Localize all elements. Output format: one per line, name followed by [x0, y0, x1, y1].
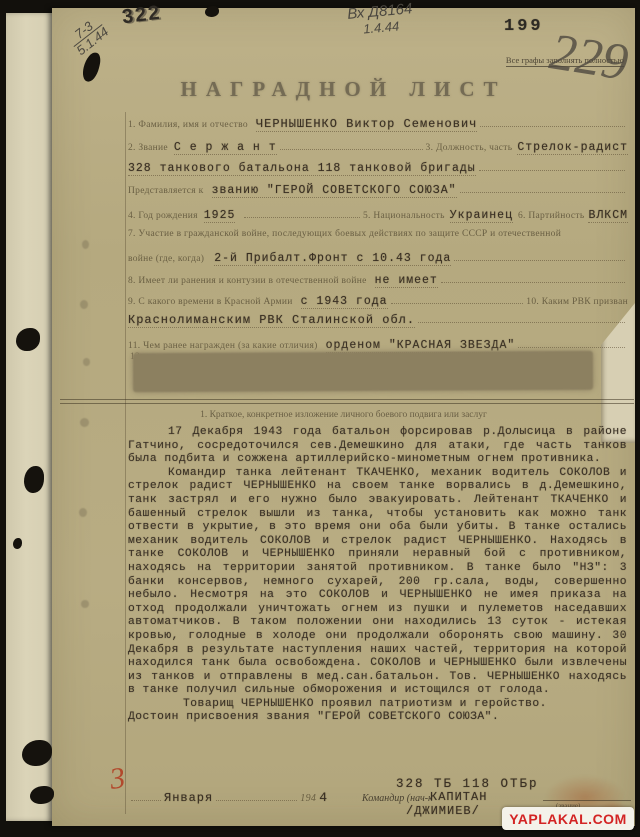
- leader-dots: [454, 250, 625, 261]
- redacted-field-12: [133, 351, 593, 392]
- commander-signature: /ДЖИМИЕВ/: [406, 804, 480, 818]
- leader-dots: [480, 116, 625, 127]
- field-warservice-where-row: войне (где, когда) 2-й Прибалт.Фронт с 1…: [128, 250, 628, 266]
- field-birth-row: 4. Год рождения 1925 5. Национальность У…: [128, 207, 628, 223]
- field-warservice-row: 7. Участие в гражданской войне, последую…: [128, 229, 628, 239]
- citation-paragraph: 17 Декабря 1943 года батальон форсировав…: [128, 426, 627, 467]
- field-rvk-value: Краснолиманским РВК Сталинской обл.: [128, 313, 415, 328]
- page-number: 199: [504, 17, 544, 36]
- bleed-mark: [82, 240, 89, 249]
- stamp-number: 322: [121, 2, 163, 30]
- date-year-prefix: 194: [300, 793, 316, 804]
- leader-dots: [216, 786, 297, 801]
- field-birthyear-value: 1925: [204, 209, 236, 223]
- leader-dots: [479, 160, 625, 171]
- date-line: Января 194 4: [128, 786, 328, 805]
- signature-line: [543, 800, 631, 801]
- field-rvk-label: 10. Каким РВК призван: [526, 297, 628, 307]
- citation-paragraph: Командир танка лейтенант ТКАЧЕНКО, механ…: [128, 467, 627, 698]
- field-wounds-row: 8. Имеет ли ранения и контузии в отечест…: [128, 272, 628, 288]
- leader-dots: [518, 337, 625, 348]
- citation-text: 17 Декабря 1943 года батальон форсировав…: [128, 426, 627, 725]
- incoming-stamp-note: Вх Д8164 1.4.44: [347, 1, 415, 39]
- field-name-label: 1. Фамилия, имя и отчество: [128, 120, 248, 130]
- field-rank-row: 2. Звание С е р ж а н т 3. Должность, ча…: [128, 139, 628, 155]
- divider-rule: [60, 403, 634, 404]
- field-position-cont-row: 328 танкового батальона 118 танковой бри…: [128, 160, 628, 176]
- field-warservice-value: 2-й Прибалт.Фронт с 10.43 года: [214, 252, 451, 266]
- field-party-label: 6. Партийность: [518, 211, 585, 221]
- field-name-row: 1. Фамилия, имя и отчество ЧЕРНЫШЕНКО Ви…: [128, 116, 628, 132]
- citation-heading: 1. Краткое, конкретное изложение личного…: [52, 410, 635, 420]
- document-title: НАГРАДНОЙ ЛИСТ: [52, 77, 635, 102]
- field-position-label: 3. Должность, часть: [426, 143, 513, 153]
- date-year-digit: 4: [319, 790, 328, 805]
- form-margin-line: [125, 112, 126, 814]
- site-watermark: YAPLAKAL.COM: [502, 807, 634, 830]
- leader-dots: [460, 182, 625, 193]
- field-rank-value: С е р ж а н т: [174, 141, 277, 155]
- field-wounds-label: 8. Имеет ли ранения и контузии в отечест…: [128, 276, 367, 286]
- citation-paragraph: Достоин присвоения звания "ГЕРОЙ СОВЕТСК…: [128, 711, 627, 725]
- citation-paragraph: Товарищ ЧЕРНЫШЕНКО проявил патриотизм и …: [128, 698, 627, 712]
- field-warservice-where-label: войне (где, когда): [128, 254, 204, 264]
- field-nationality-value: Украинец: [450, 209, 513, 223]
- field-rvk-value-row: Краснолиманским РВК Сталинской обл.: [128, 312, 628, 328]
- leader-dots: [391, 293, 524, 304]
- field-party-value: ВЛКСМ: [588, 209, 628, 223]
- commander-label: Командир (нач-к: [362, 793, 433, 804]
- leader-dots: [244, 207, 360, 218]
- leader-dots: [280, 139, 423, 150]
- bleed-mark: [83, 358, 90, 366]
- field-prior-awards-label: 11. Чем ранее награжден (за какие отличи…: [128, 341, 318, 351]
- field-service-since-row: 9. С какого времени в Красной Армии с 19…: [128, 293, 628, 309]
- date-month: Января: [164, 791, 213, 805]
- bleed-mark: [80, 300, 88, 309]
- field-birthyear-label: 4. Год рождения: [128, 211, 198, 221]
- bleed-mark: [81, 600, 89, 608]
- leader-dots: [441, 272, 625, 283]
- leader-dots: [131, 786, 161, 801]
- field-nominated-value: званию "ГЕРОЙ СОВЕТСКОГО СОЮЗА": [212, 184, 457, 198]
- underlying-page-edge: [6, 13, 56, 821]
- field-position-value-cont: 328 танкового батальона 118 танковой бри…: [128, 162, 476, 176]
- scanned-award-sheet: 7-3 5.1.44 322 Вх Д8164 1.4.44 199 Все г…: [0, 0, 640, 837]
- field-rank-label: 2. Звание: [128, 143, 168, 153]
- field-nominated-label: Представляется к: [128, 186, 204, 196]
- bleed-mark: [79, 508, 87, 517]
- field-warservice-label: 7. Участие в гражданской войне, последую…: [128, 229, 561, 239]
- unit-designation: 328 ТБ 118 ОТБр: [396, 777, 539, 791]
- leader-dots: [418, 312, 625, 323]
- field-position-value: Стрелок-радист: [517, 141, 628, 155]
- field-service-since-value: с 1943 года: [301, 295, 388, 309]
- field-nationality-label: 5. Национальность: [363, 211, 445, 221]
- divider-rule: [60, 399, 634, 400]
- field-service-since-label: 9. С какого времени в Красной Армии: [128, 297, 293, 307]
- field-name-value: ЧЕРНЫШЕНКО Виктор Семенович: [256, 117, 477, 132]
- field-nominated-row: Представляется к званию "ГЕРОЙ СОВЕТСКОГ…: [128, 182, 628, 198]
- field-wounds-value: не имеет: [375, 274, 438, 288]
- commander-rank: КАПИТАН: [430, 790, 487, 804]
